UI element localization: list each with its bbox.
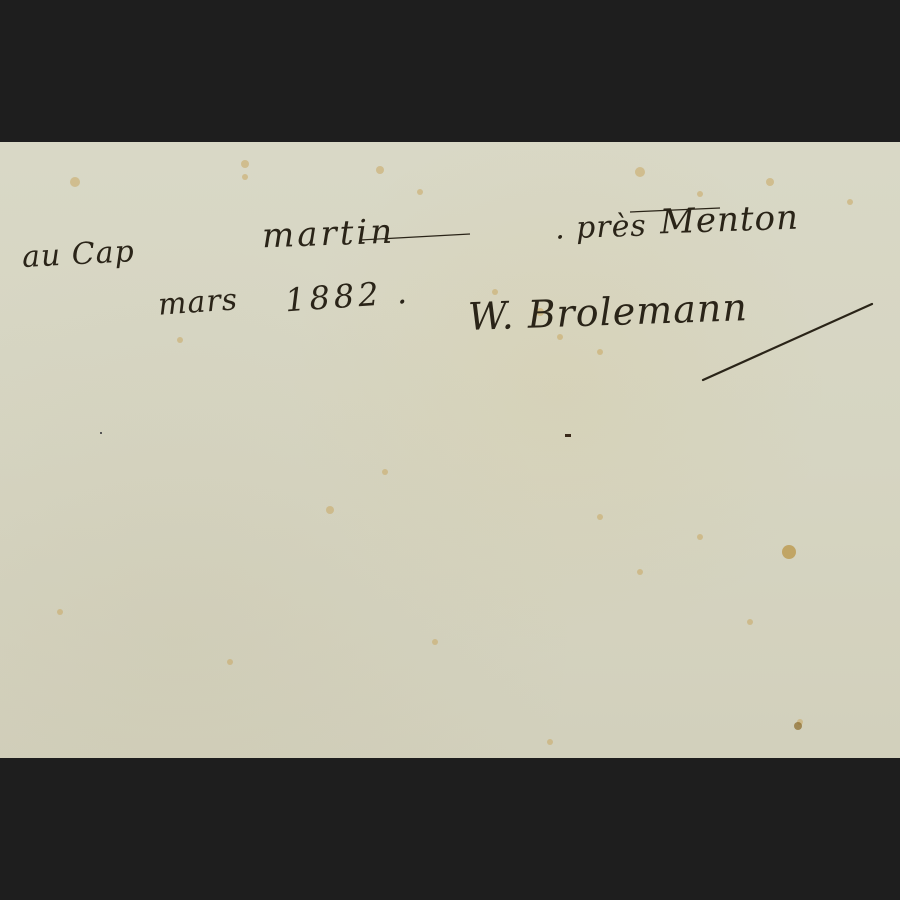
paper-sheet: au Cap martin . près Menton mars 1882 . … <box>0 142 900 758</box>
bottom-black-bar <box>0 758 900 900</box>
signature-flourish <box>0 142 900 758</box>
top-black-bar <box>0 0 900 142</box>
